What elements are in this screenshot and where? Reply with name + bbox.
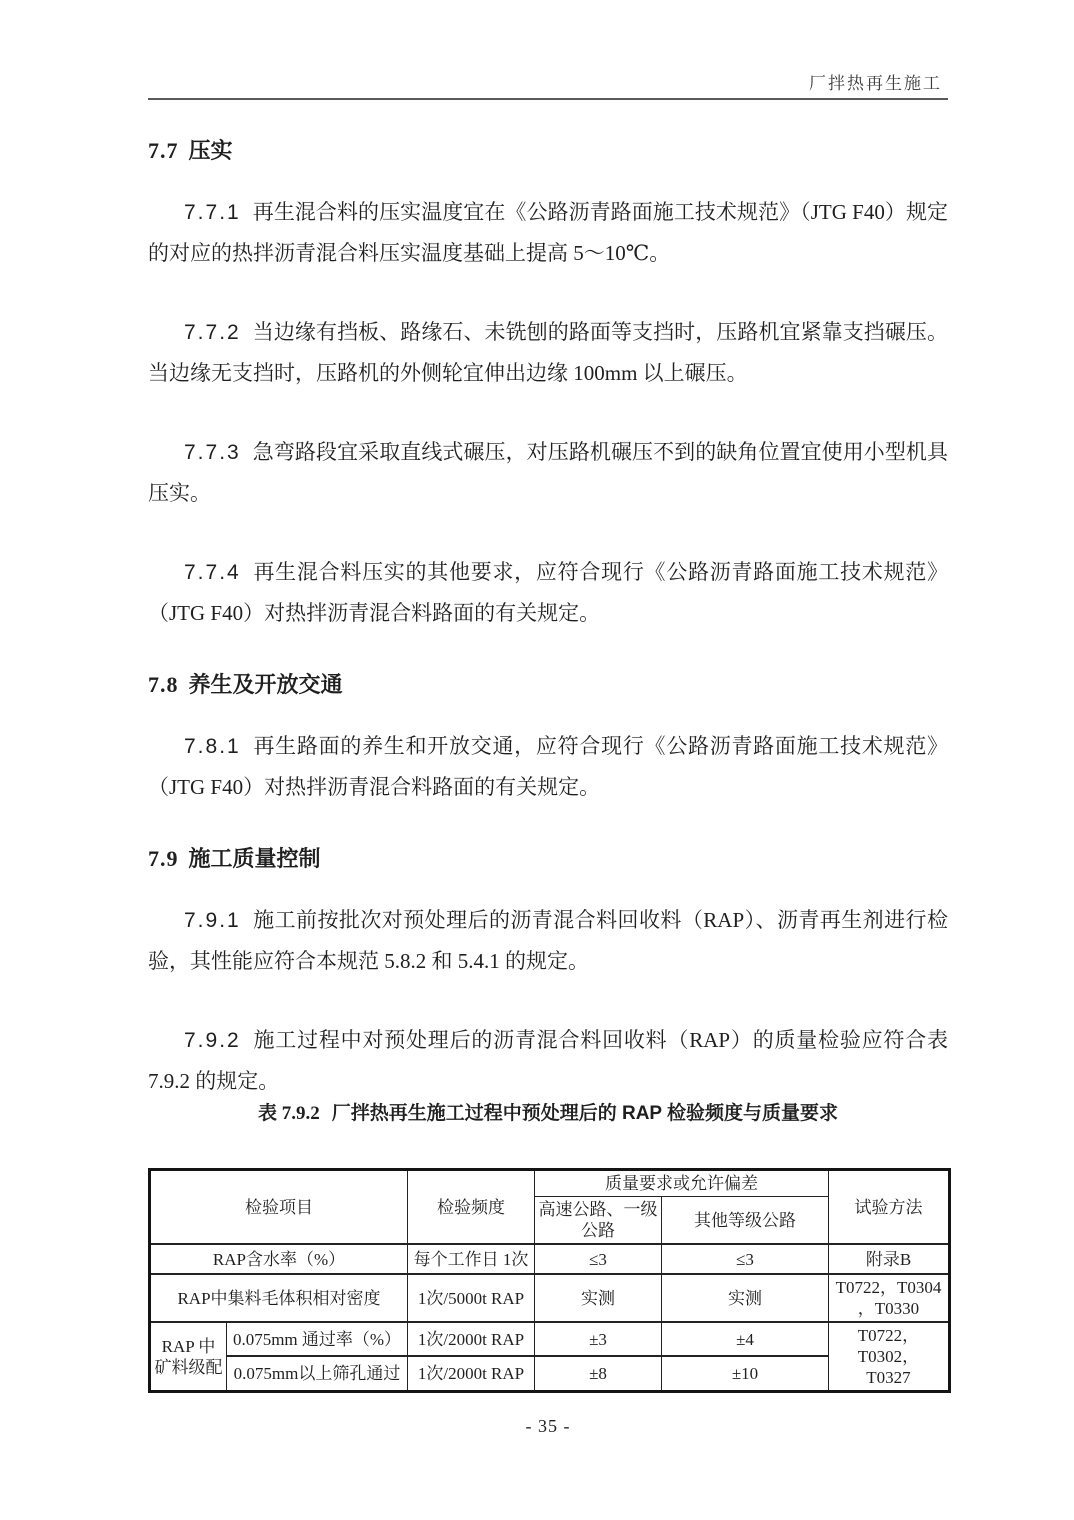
cell-frequency: 每个工作日 1次 [408,1244,535,1274]
cell-expressway-value: ≤3 [535,1244,662,1274]
clause-text: 施工前按批次对预处理后的沥青混合料回收料（RAP）、沥青再生剂进行检验，其性能应… [148,908,948,973]
table-row-pass075: RAP 中矿料级配 0.075mm 通过率（%） 1次/2000t RAP ±3… [150,1322,950,1356]
clause-7-7-2: 7.7.2当边缘有挡板、路缘石、未铣刨的路面等支挡时，压路机宜紧靠支挡碾压。当边… [148,312,948,394]
page-header: 厂拌热再生施工 [148,0,948,100]
clause-7-7-4: 7.7.4再生混合料压实的其他要求，应符合现行《公路沥青路面施工技术规范》（JT… [148,552,948,634]
cell-other-value: ±4 [662,1322,829,1356]
cell-frequency: 1次/5000t RAP [408,1274,535,1322]
clause-text: 再生路面的养生和开放交通，应符合现行《公路沥青路面施工技术规范》（JTG F40… [148,734,948,799]
clause-number: 7.7.1 [184,201,241,224]
table-caption: 表 7.9.2厂拌热再生施工过程中预处理后的 RAP 检验频度与质量要求 [148,1102,948,1126]
table-caption-number: 表 7.9.2 [258,1103,320,1124]
cell-other-value: ±10 [662,1356,829,1391]
header-rule [148,98,948,100]
section-heading-7-8: 7.8养生及开放交通 [148,672,948,698]
clause-text: 再生混合料的压实温度宜在《公路沥青路面施工技术规范》（JTG F40）规定的对应… [148,200,948,265]
header-cell-frequency: 检验频度 [408,1170,535,1245]
table-caption-text: 厂拌热再生施工过程中预处理后的 RAP 检验频度与质量要求 [332,1103,838,1124]
table-row-density: RAP中集料毛体积相对密度 1次/5000t RAP 实测 实测 T0722，T… [150,1274,950,1322]
cell-expressway-value: ±3 [535,1322,662,1356]
document-page: 厂拌热再生施工 7.7压实 7.7.1再生混合料的压实温度宜在《公路沥青路面施工… [0,0,1074,1520]
header-cell-other-roads: 其他等级公路 [662,1197,829,1245]
table-row-moisture: RAP含水率（%） 每个工作日 1次 ≤3 ≤3 附录B [150,1244,950,1274]
cell-other-value: ≤3 [662,1244,829,1274]
clause-text: 再生混合料压实的其他要求，应符合现行《公路沥青路面施工技术规范》（JTG F40… [148,560,948,625]
rap-inspection-table: 检验项目 检验频度 质量要求或允许偏差 试验方法 高速公路、一级公路 其他等级公… [148,1168,951,1393]
section-title: 养生及开放交通 [189,672,343,697]
content-area: 厂拌热再生施工 7.7压实 7.7.1再生混合料的压实温度宜在《公路沥青路面施工… [0,0,1074,1437]
section-number: 7.9 [148,846,179,871]
section-title: 压实 [189,138,233,163]
header-cell-method: 试验方法 [829,1170,950,1245]
clause-7-9-1: 7.9.1施工前按批次对预处理后的沥青混合料回收料（RAP）、沥青再生剂进行检验… [148,900,948,982]
page-footer: - 35 - [148,1415,948,1437]
clause-number: 7.7.3 [184,441,241,464]
clause-7-7-1: 7.7.1再生混合料的压实温度宜在《公路沥青路面施工技术规范》（JTG F40）… [148,192,948,274]
clause-7-9-2: 7.9.2施工过程中对预处理后的沥青混合料回收料（RAP）的质量检验应符合表 7… [148,1020,948,1102]
cell-item: 0.075mm 通过率（%） [227,1322,408,1356]
header-cell-expressway: 高速公路、一级公路 [535,1197,662,1245]
clause-text: 施工过程中对预处理后的沥青混合料回收料（RAP）的质量检验应符合表 7.9.2 … [148,1028,948,1093]
section-title: 施工质量控制 [189,846,321,871]
cell-item: RAP含水率（%） [150,1244,408,1274]
cell-gradation-group: RAP 中矿料级配 [150,1322,227,1392]
cell-item: RAP中集料毛体积相对密度 [150,1274,408,1322]
header-title: 厂拌热再生施工 [148,72,948,96]
cell-frequency: 1次/2000t RAP [408,1322,535,1356]
section-heading-7-7: 7.7压实 [148,138,948,164]
cell-expressway-value: 实测 [535,1274,662,1322]
clause-number: 7.8.1 [184,735,241,758]
cell-method: T0722，T0304 ，T0330 [829,1274,950,1322]
section-number: 7.8 [148,672,179,697]
clause-number: 7.7.4 [184,561,241,584]
header-cell-item: 检验项目 [150,1170,408,1245]
clause-number: 7.9.2 [184,1029,241,1052]
clause-number: 7.9.1 [184,909,241,932]
cell-other-value: 实测 [662,1274,829,1322]
section-heading-7-9: 7.9施工质量控制 [148,846,948,872]
page-number: - 35 - [526,1416,571,1436]
cell-method: 附录B [829,1244,950,1274]
clause-text: 当边缘有挡板、路缘石、未铣刨的路面等支挡时，压路机宜紧靠支挡碾压。当边缘无支挡时… [148,320,948,385]
cell-frequency: 1次/2000t RAP [408,1356,535,1391]
cell-expressway-value: ±8 [535,1356,662,1391]
cell-method: T0722，T0302， T0327 [829,1322,950,1392]
section-number: 7.7 [148,138,179,163]
clause-number: 7.7.2 [184,321,241,344]
clause-text: 急弯路段宜采取直线式碾压，对压路机碾压不到的缺角位置宜使用小型机具压实。 [148,440,948,505]
clause-7-8-1: 7.8.1再生路面的养生和开放交通，应符合现行《公路沥青路面施工技术规范》（JT… [148,726,948,808]
table-header-row-1: 检验项目 检验频度 质量要求或允许偏差 试验方法 [150,1170,950,1197]
clause-7-7-3: 7.7.3急弯路段宜采取直线式碾压，对压路机碾压不到的缺角位置宜使用小型机具压实… [148,432,948,514]
cell-item: 0.075mm以上筛孔通过 [227,1356,408,1391]
header-cell-quality: 质量要求或允许偏差 [535,1170,829,1197]
